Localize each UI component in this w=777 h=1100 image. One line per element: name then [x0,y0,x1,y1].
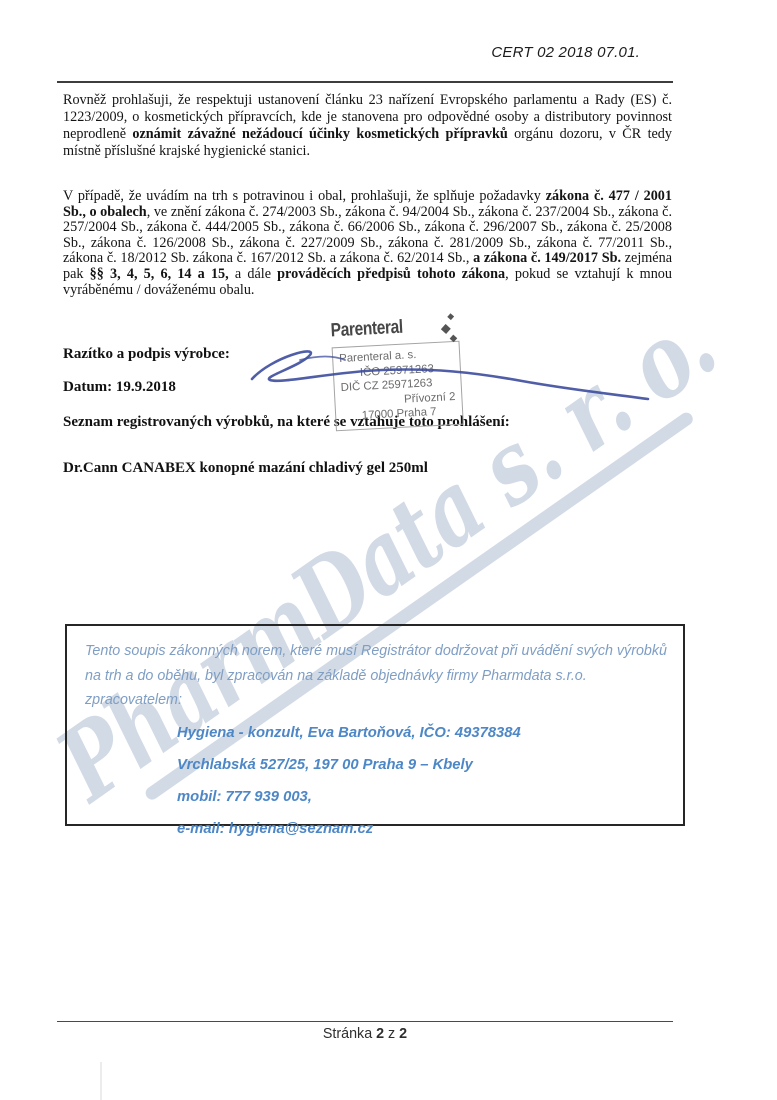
product-name: Dr.Cann CANABEX konopné mazání chladivý … [63,460,428,477]
processor-notice-box: Tento soupis zákonných norem, které musí… [65,624,685,826]
page-number: Stránka 2 z 2 [57,1026,673,1042]
header-divider-line [57,81,673,83]
stamp-diamonds-icon: ◆ ◆ ◆ [430,312,458,347]
notice-intro-text: Tento soupis zákonných norem, které musí… [85,639,671,713]
scanned-document-page: PharmData s. r. o. CERT 02 2018 07.01. R… [0,0,777,1100]
processor-mobile-line: mobil: 777 939 003, [177,789,669,805]
paragraph-packaging-law: V případě, že uvádím na trh s potravinou… [63,189,672,298]
stamp-logo: Parenteral ◆ ◆ ◆ [330,314,459,345]
paragraph-cosmetics-regulation: Rovněž prohlašuji, že respektuji ustanov… [63,92,672,160]
processor-name-line: Hygiena - konzult, Eva Bartoňová, IČO: 4… [177,725,669,741]
processor-address-line: Vrchlabská 527/25, 197 00 Praha 9 – Kbel… [177,757,669,773]
stamp-address-box: Parenteral a. s. IČO 25971263 DIČ CZ 259… [332,341,464,432]
footer-divider-line [57,1021,673,1022]
stamp-logo-text: Parenteral [330,317,403,343]
document-reference-code: CERT 02 2018 07.01. [491,44,640,61]
diamond-icon: ◆ [449,334,457,344]
company-stamp: Parenteral ◆ ◆ ◆ Parenteral a. s. IČO 25… [330,314,464,432]
date-label: Datum: 19.9.2018 [63,379,176,396]
processor-email-line: e-mail: hygiena@seznam.cz [177,821,669,837]
stamp-signature-label: Razítko a podpis výrobce: [63,346,230,363]
